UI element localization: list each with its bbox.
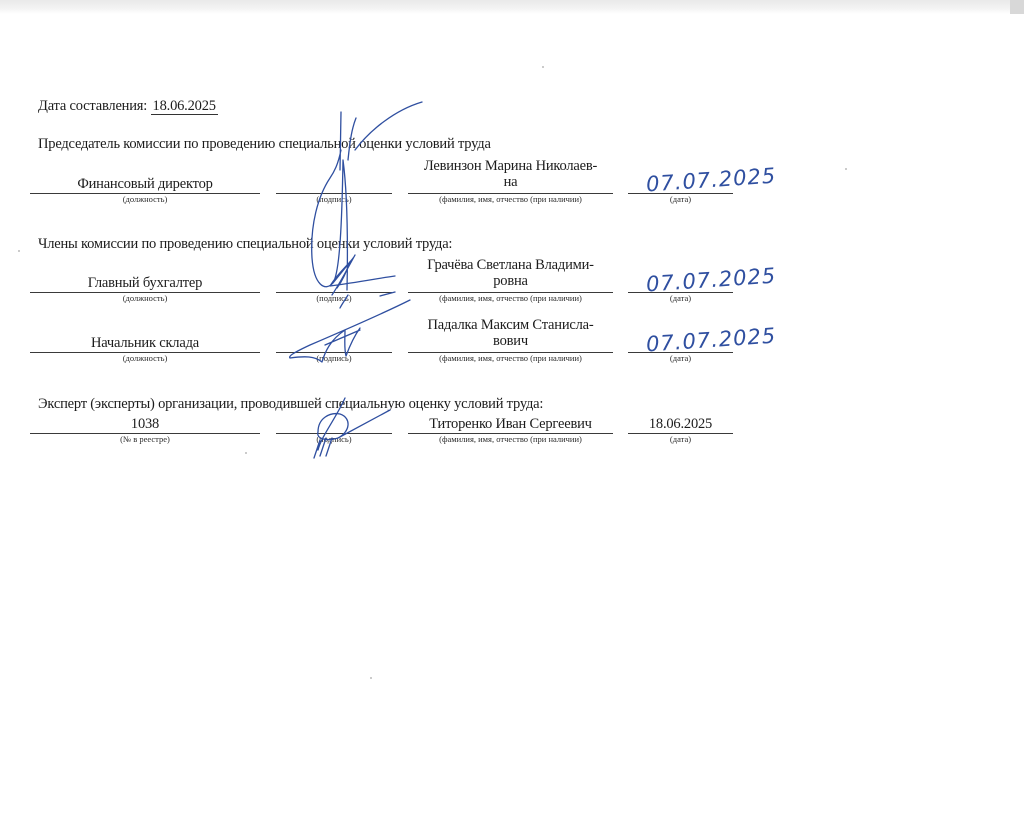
member-1-fio-line2: ровна xyxy=(408,273,613,289)
member-2-fio-line2: вович xyxy=(408,333,613,349)
chair-signature-caption: (подпись) xyxy=(276,194,392,204)
member-1-date-caption: (дата) xyxy=(628,293,733,303)
scan-speck xyxy=(370,677,372,679)
chair-fio-caption: (фамилия, имя, отчество (при наличии) xyxy=(408,194,613,204)
scan-edge-artifact xyxy=(0,0,1024,14)
member-2-fio-line1: Падалка Максим Станисла- xyxy=(408,317,613,333)
expert-heading: Эксперт (эксперты) организации, проводив… xyxy=(38,396,543,413)
compilation-date-label: Дата составления: xyxy=(38,98,147,114)
chair-position-caption: (должность) xyxy=(30,194,260,204)
expert-date-caption: (дата) xyxy=(628,434,733,444)
scan-speck xyxy=(845,168,847,170)
chair-fio: Левинзон Марина Николаев- на xyxy=(408,158,613,190)
expert-signature-caption: (подпись) xyxy=(276,434,392,444)
member-1-signature-caption: (подпись) xyxy=(276,293,392,303)
scan-speck xyxy=(245,452,247,454)
member-2-date-caption: (дата) xyxy=(628,353,733,363)
member-2-position-caption: (должность) xyxy=(30,353,260,363)
member-1-position: Главный бухгалтер xyxy=(30,275,260,291)
scan-speck xyxy=(18,250,20,252)
member-2-signature-caption: (подпись) xyxy=(276,353,392,363)
member-1-fio-caption: (фамилия, имя, отчество (при наличии) xyxy=(408,293,613,303)
members-heading: Члены комиссии по проведению специальной… xyxy=(38,236,452,253)
chair-fio-line1: Левинзон Марина Николаев- xyxy=(408,158,613,174)
expert-fio: Титоренко Иван Сергеевич xyxy=(408,416,613,432)
member-1-fio-line1: Грачёва Светлана Владими- xyxy=(408,257,613,273)
member-1-position-caption: (должность) xyxy=(30,293,260,303)
expert-registry-number: 1038 xyxy=(30,416,260,432)
expert-registry-caption: (№ в реестре) xyxy=(30,434,260,444)
chair-handwritten-date: 07.07.2025 xyxy=(645,163,777,196)
member-1-fio: Грачёва Светлана Владими- ровна xyxy=(408,257,613,289)
member-2-fio: Падалка Максим Станисла- вович xyxy=(408,317,613,349)
chair-date-caption: (дата) xyxy=(628,194,733,204)
member-2-position: Начальник склада xyxy=(30,335,260,351)
chair-fio-line2: на xyxy=(408,174,613,190)
compilation-date-line: Дата составления: 18.06.2025 xyxy=(38,98,218,115)
chair-position: Финансовый директор xyxy=(30,176,260,192)
member-2-fio-caption: (фамилия, имя, отчество (при наличии) xyxy=(408,353,613,363)
expert-fio-caption: (фамилия, имя, отчество (при наличии) xyxy=(408,434,613,444)
scan-speck xyxy=(542,66,544,68)
chair-heading: Председатель комиссии по проведению спец… xyxy=(38,136,491,153)
expert-date: 18.06.2025 xyxy=(628,416,733,432)
compilation-date-value: 18.06.2025 xyxy=(151,98,218,115)
